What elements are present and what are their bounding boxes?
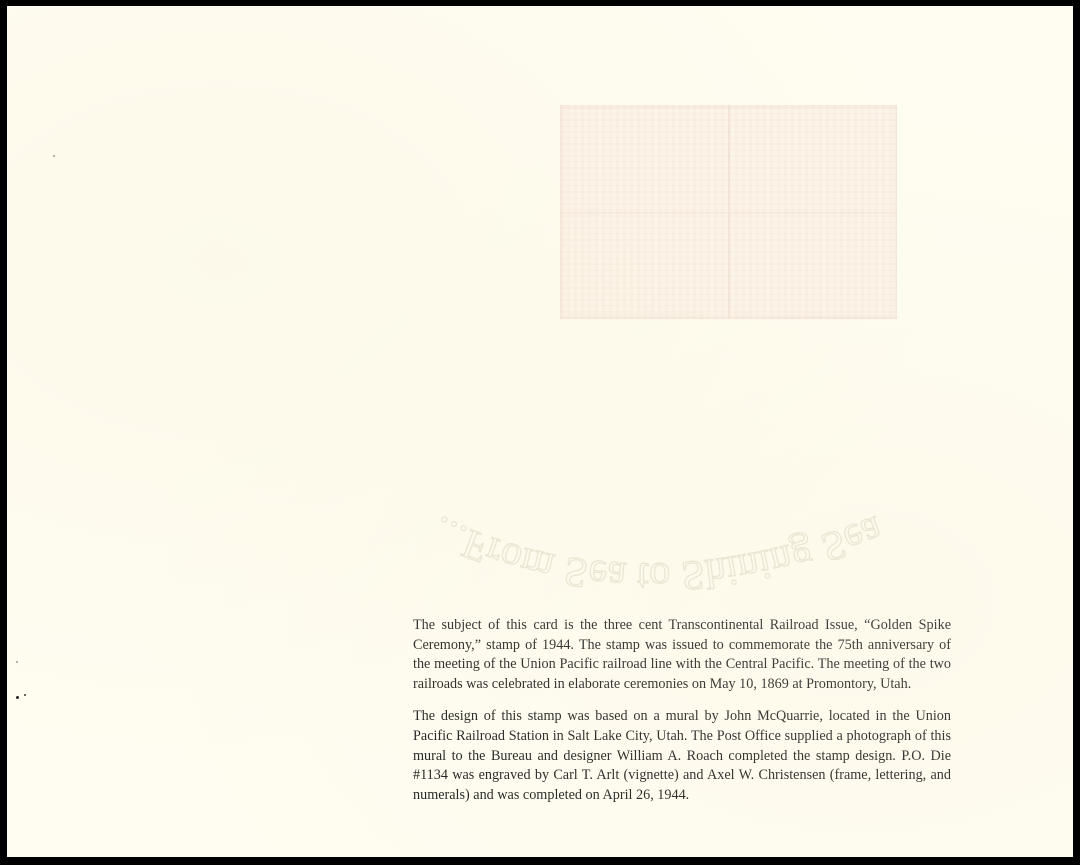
description-paragraph: The design of this stamp was based on a … [413, 707, 951, 805]
scan-speck [24, 694, 26, 696]
impression-texture [560, 212, 897, 214]
embossed-caption-graphic: ...From Sea to Shining Sea [402, 426, 942, 596]
scan-speck [16, 696, 19, 699]
stamp-impression [560, 105, 897, 319]
embossed-caption-text: ...From Sea to Shining Sea [425, 506, 889, 596]
scan-speck [53, 155, 55, 157]
card-description: The subject of this card is the three ce… [413, 616, 951, 818]
souvenir-card: ...From Sea to Shining Sea The subject o… [7, 6, 1073, 857]
description-paragraph: The subject of this card is the three ce… [413, 616, 951, 694]
embossed-caption: ...From Sea to Shining Sea [402, 426, 942, 596]
scan-speck [16, 661, 18, 663]
